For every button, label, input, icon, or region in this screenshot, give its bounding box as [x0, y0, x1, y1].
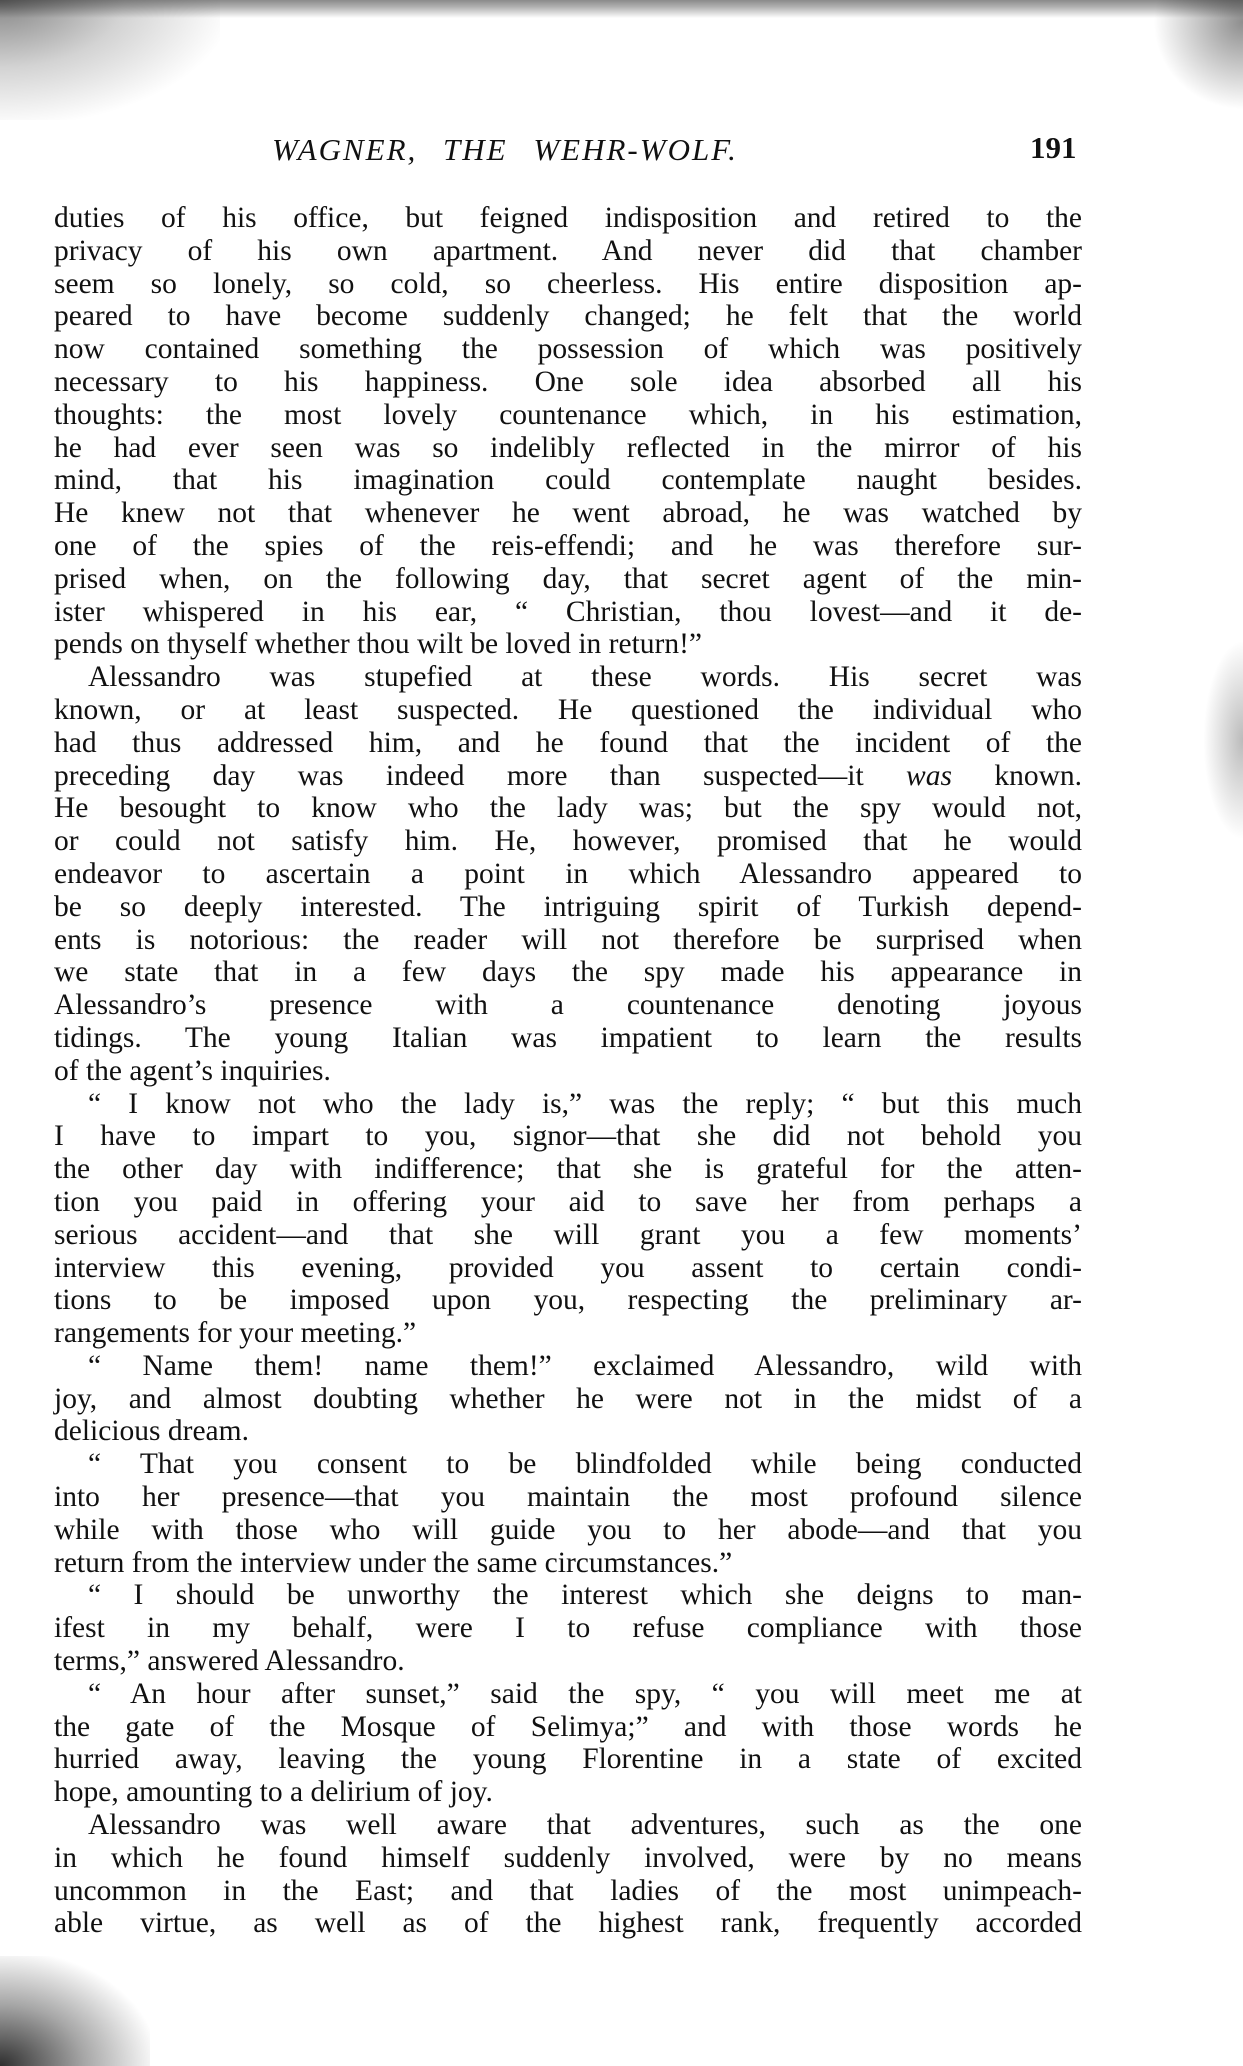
text-line: preceding day was indeed more than suspe…: [54, 760, 1082, 793]
text-line: interview this evening, provided you ass…: [54, 1252, 1082, 1285]
text-line: seem so lonely, so cold, so cheerless. H…: [54, 268, 1082, 301]
text-line: thoughts: the most lovely countenance wh…: [54, 399, 1082, 432]
text-line: while with those who will guide you to h…: [54, 1514, 1082, 1547]
text-line: Alessandro’s presence with a countenance…: [54, 989, 1082, 1022]
text-line: in which he found himself suddenly invol…: [54, 1842, 1082, 1875]
text-line: he had ever seen was so indelibly reflec…: [54, 432, 1082, 465]
text-line: the gate of the Mosque of Selimya;” and …: [54, 1711, 1082, 1744]
text-line: the other day with indifference; that sh…: [54, 1153, 1082, 1186]
text-line: joy, and almost doubting whether he were…: [54, 1383, 1082, 1416]
text-line: be so deeply interested. The intriguing …: [54, 891, 1082, 924]
scan-smudge-right-edge: [1203, 640, 1243, 840]
text-line: “ An hour after sunset,” said the spy, “…: [54, 1678, 1082, 1711]
text-line: ents is notorious: the reader will not t…: [54, 924, 1082, 957]
text-line: Alessandro was stupefied at these words.…: [54, 661, 1082, 694]
text-line: Alessandro was well aware that adventure…: [54, 1809, 1082, 1842]
body-text: duties of his office, but feigned indisp…: [54, 202, 1082, 1940]
scan-smudge-top-left: [0, 0, 220, 120]
text-line: terms,” answered Alessandro.: [54, 1645, 1082, 1678]
text-line: of the agent’s inquiries.: [54, 1055, 1082, 1088]
running-head: WAGNER, THE WEHR-WOLF.: [272, 132, 738, 168]
text-line: He knew not that whenever he went abroad…: [54, 497, 1082, 530]
text-line: peared to have become suddenly changed; …: [54, 300, 1082, 333]
text-line: delicious dream.: [54, 1415, 1082, 1448]
text-line: “ That you consent to be blindfolded whi…: [54, 1448, 1082, 1481]
emphasis: was: [906, 760, 952, 792]
text-line: duties of his office, but feigned indisp…: [54, 202, 1082, 235]
text-line: serious accident—and that she will grant…: [54, 1219, 1082, 1252]
text-line: return from the interview under the same…: [54, 1547, 1082, 1580]
text-line: had thus addressed him, and he found tha…: [54, 727, 1082, 760]
text-line: into her presence—that you maintain the …: [54, 1481, 1082, 1514]
scan-smudge-top-right: [1153, 0, 1243, 110]
text-line: uncommon in the East; and that ladies of…: [54, 1875, 1082, 1908]
text-line: tidings. The young Italian was impatient…: [54, 1022, 1082, 1055]
text-line: pends on thyself whether thou wilt be lo…: [54, 628, 1082, 661]
text-line: ifest in my behalf, were I to refuse com…: [54, 1612, 1082, 1645]
text-line: or could not satisfy him. He, however, p…: [54, 825, 1082, 858]
page-number: 191: [1030, 130, 1077, 166]
text-line: tion you paid in offering your aid to sa…: [54, 1186, 1082, 1219]
text-line: prised when, on the following day, that …: [54, 563, 1082, 596]
text-line: He besought to know who the lady was; bu…: [54, 792, 1082, 825]
text-line: privacy of his own apartment. And never …: [54, 235, 1082, 268]
text-line: tions to be imposed upon you, respecting…: [54, 1284, 1082, 1317]
text-line: mind, that his imagination could contemp…: [54, 464, 1082, 497]
text-line: hurried away, leaving the young Florenti…: [54, 1743, 1082, 1776]
text-line: hope, amounting to a delirium of joy.: [54, 1776, 1082, 1809]
text-line: we state that in a few days the spy made…: [54, 956, 1082, 989]
text-line: I have to impart to you, signor—that she…: [54, 1120, 1082, 1153]
text-line: necessary to his happiness. One sole ide…: [54, 366, 1082, 399]
text-line: endeavor to ascertain a point in which A…: [54, 858, 1082, 891]
text-line: “ I should be unworthy the interest whic…: [54, 1579, 1082, 1612]
text-line: now contained something the possession o…: [54, 333, 1082, 366]
scan-smudge-bottom-left: [0, 1956, 150, 2066]
text-line: “ I know not who the lady is,” was the r…: [54, 1088, 1082, 1121]
text-line: “ Name them! name them!” exclaimed Aless…: [54, 1350, 1082, 1383]
text-line: able virtue, as well as of the highest r…: [54, 1907, 1082, 1940]
text-line: ister whispered in his ear, “ Christian,…: [54, 596, 1082, 629]
text-line: known, or at least suspected. He questio…: [54, 694, 1082, 727]
text-line: one of the spies of the reis-effendi; an…: [54, 530, 1082, 563]
text-line: rangements for your meeting.”: [54, 1317, 1082, 1350]
